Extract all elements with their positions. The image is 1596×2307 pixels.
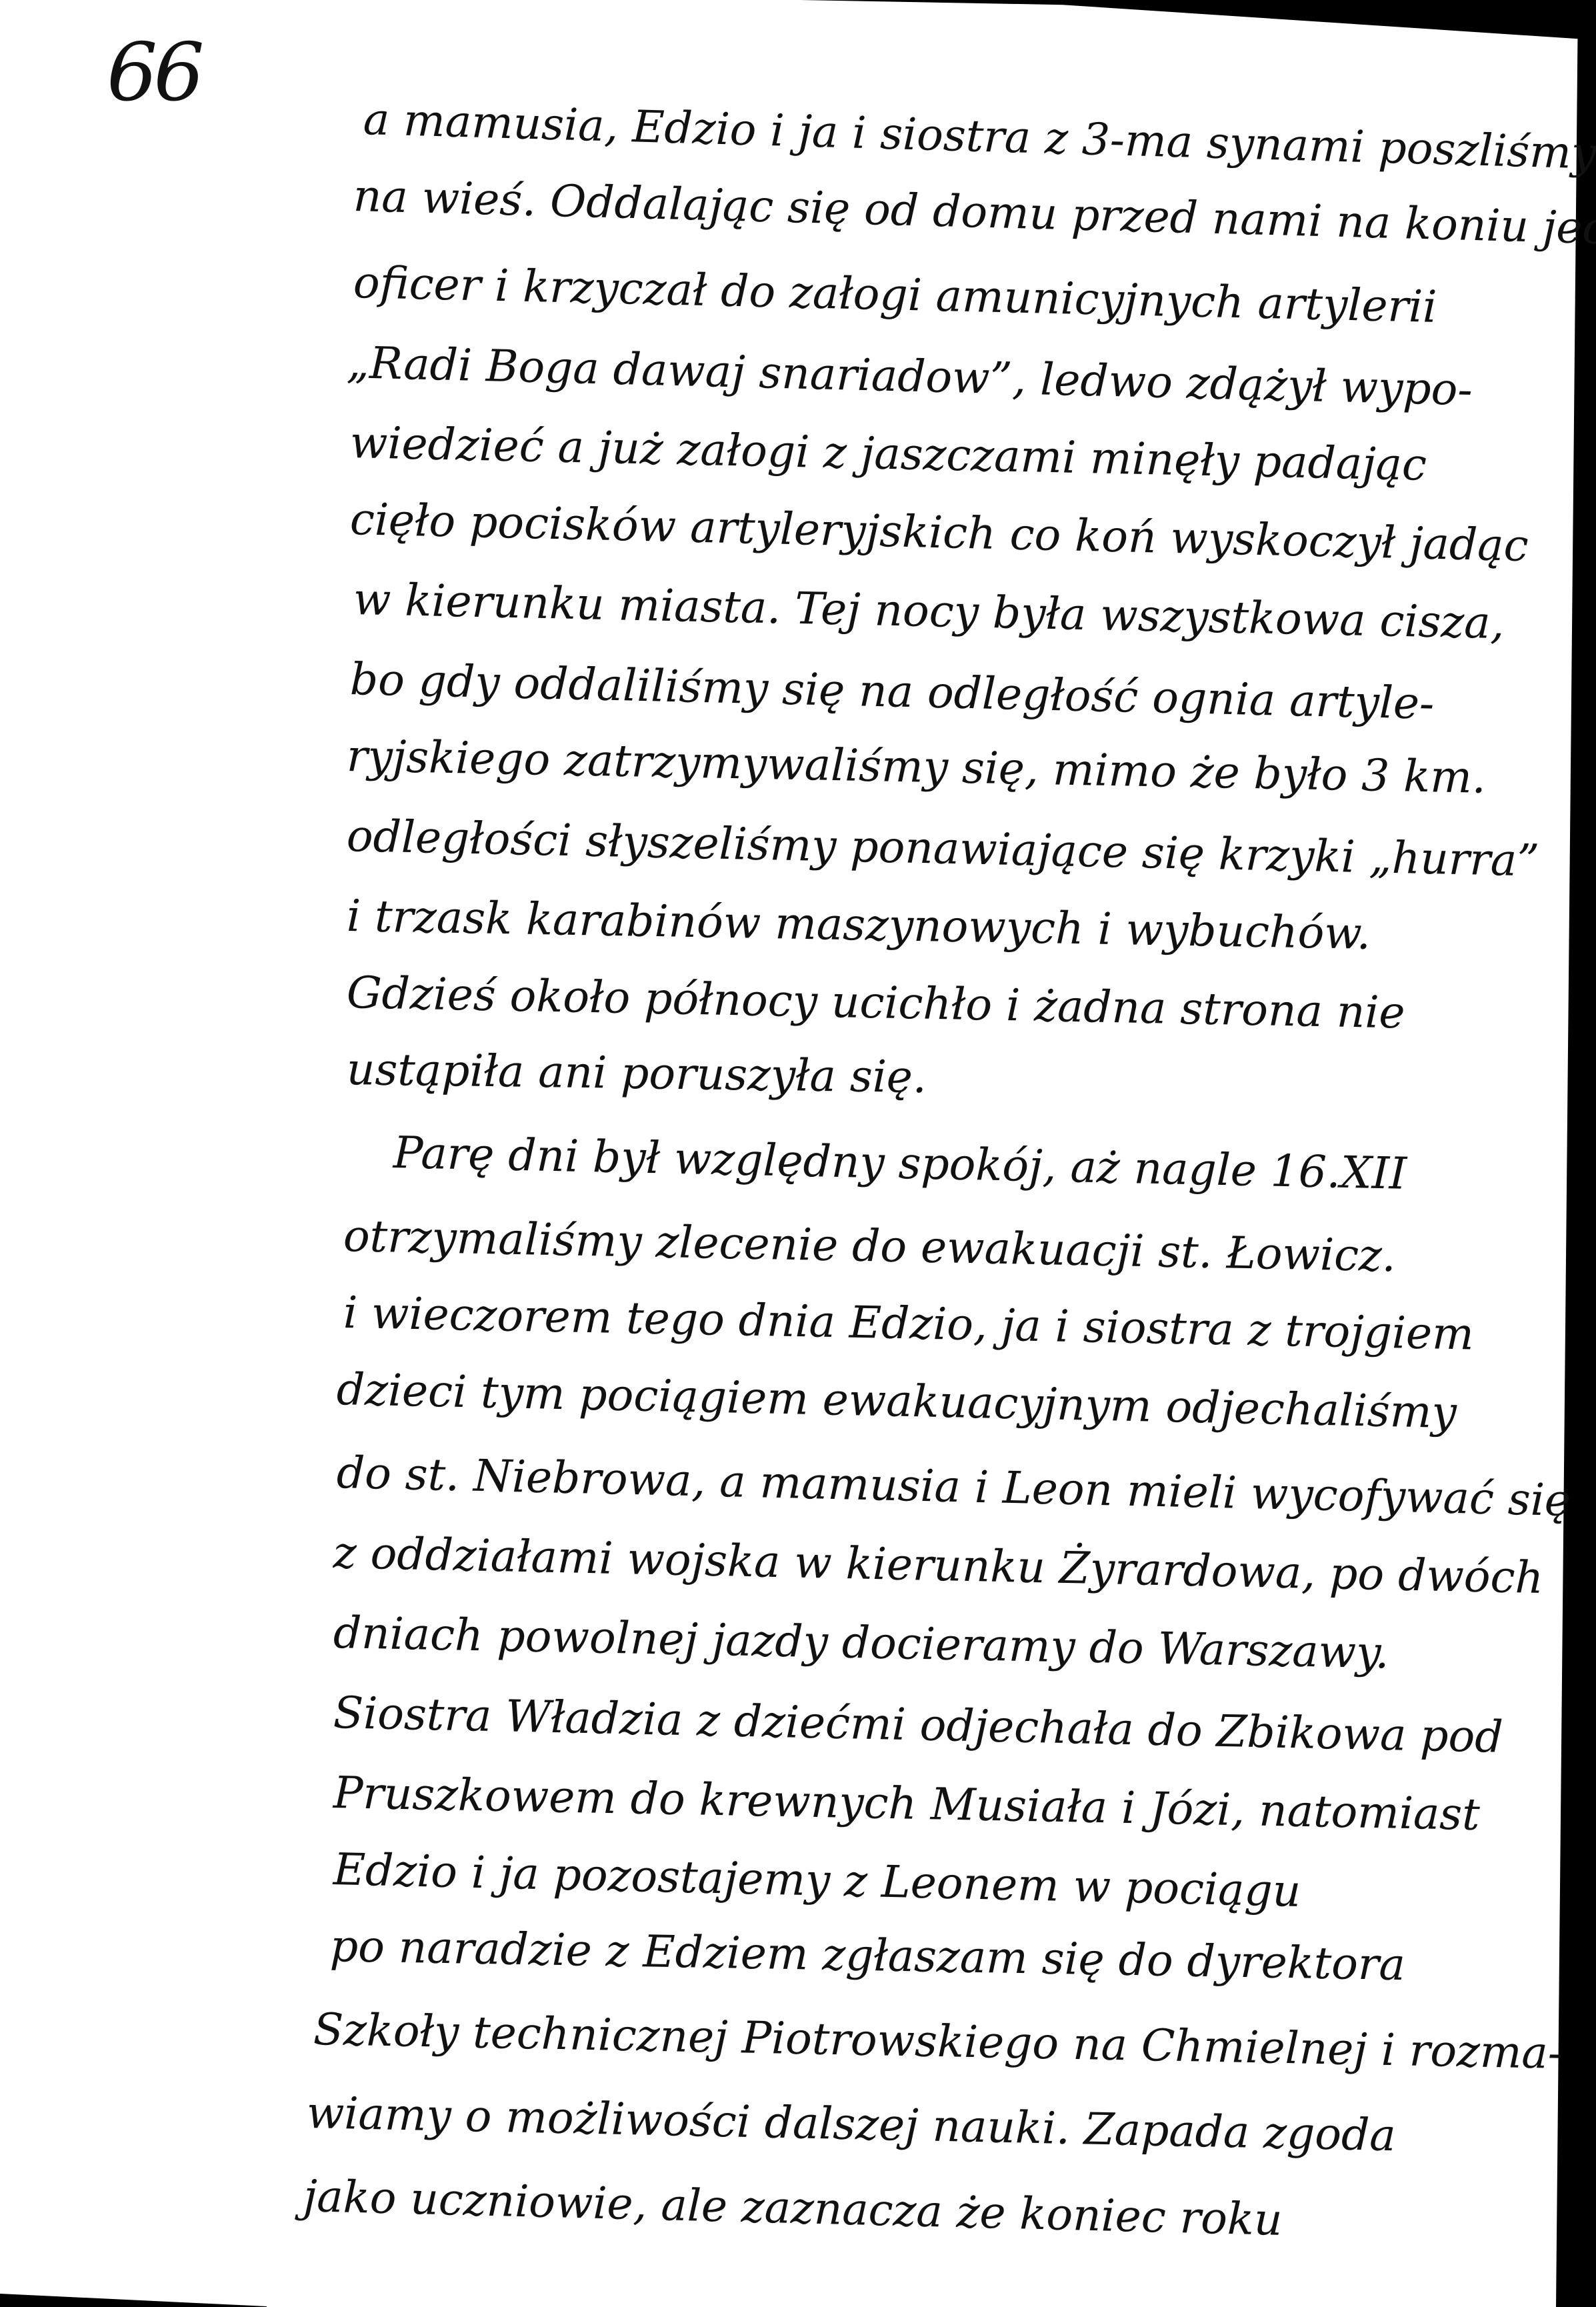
text-line: w kierunku miasta. Tej nocy była wszystk… [353,573,1505,649]
text-line: oficer i krzyczał do załogi amunicyjnych… [353,257,1437,333]
text-line: z oddziałami wojska w kierunku Żyrardowa… [333,1527,1544,1604]
text-line: wiedzieć a już załogi z jaszczami minęły… [349,417,1427,491]
text-line: i trzask karabinów maszynowych i wybuchó… [346,890,1371,959]
text-line: Szkoły technicznej Piotrowskiego na Chmi… [313,2004,1563,2079]
text-line: cięło pocisków artyleryjskich co koń wys… [349,493,1529,571]
text-line: odległości słyszeliśmy ponawiające się k… [346,810,1540,886]
text-line: otrzymaliśmy zlecenie do ewakuacji st. Ł… [343,1210,1396,1282]
text-line: bo gdy oddaliliśmy się na odległość ogni… [349,653,1435,729]
text-line: Siostra Władzia z dziećmi odjechała do Z… [333,1687,1503,1763]
text-line: po naradzie z Edziem zgłaszam się do dyr… [329,1920,1405,1990]
handwritten-text-block: a mamusia, Edzio i ja i siostra z 3-ma s… [0,0,1596,2307]
text-line: Gdzieś około północy ucichło i żadna str… [346,967,1405,1038]
text-line: dniach powolnej jazdy docieramy do Warsz… [333,1607,1389,1678]
text-line: wiamy o możliwości dalszej nauki. Zapada… [306,2087,1396,2161]
text-line: i wieczorem tego dnia Edzio, ja i siostr… [343,1287,1474,1360]
text-line: ryjskiego zatrzymywaliśmy się, mimo że b… [346,730,1486,803]
text-line: Pruszkowem do krewnych Musiała i Józi, n… [333,1767,1480,1840]
text-line: ustąpiła ani poruszyła się. [346,1043,927,1103]
scanned-manuscript-page: 66 a mamusia, Edzio i ja i siostra z 3-m… [0,0,1596,2307]
text-line: dzieci tym pociągiem ewakuacyjnym odjech… [336,1364,1457,1438]
text-line: Parę dni był względny spokój, aż nagle 1… [393,1127,1407,1200]
text-line: „Radi Boga dawaj snariadow”, ledwo zdąży… [346,337,1473,415]
text-line: a mamusia, Edzio i ja i siostra z 3-ma s… [363,93,1596,179]
text-line: jako uczniowie, ale zaznacza że koniec r… [303,2170,1283,2246]
text-line: Edzio i ja pozostajemy z Leonem w pociąg… [333,1844,1301,1917]
text-line: na wieś. Oddalając się od domu przed nam… [353,170,1596,256]
text-line: do st. Niebrowa, a mamusia i Leon mieli … [336,1447,1571,1526]
